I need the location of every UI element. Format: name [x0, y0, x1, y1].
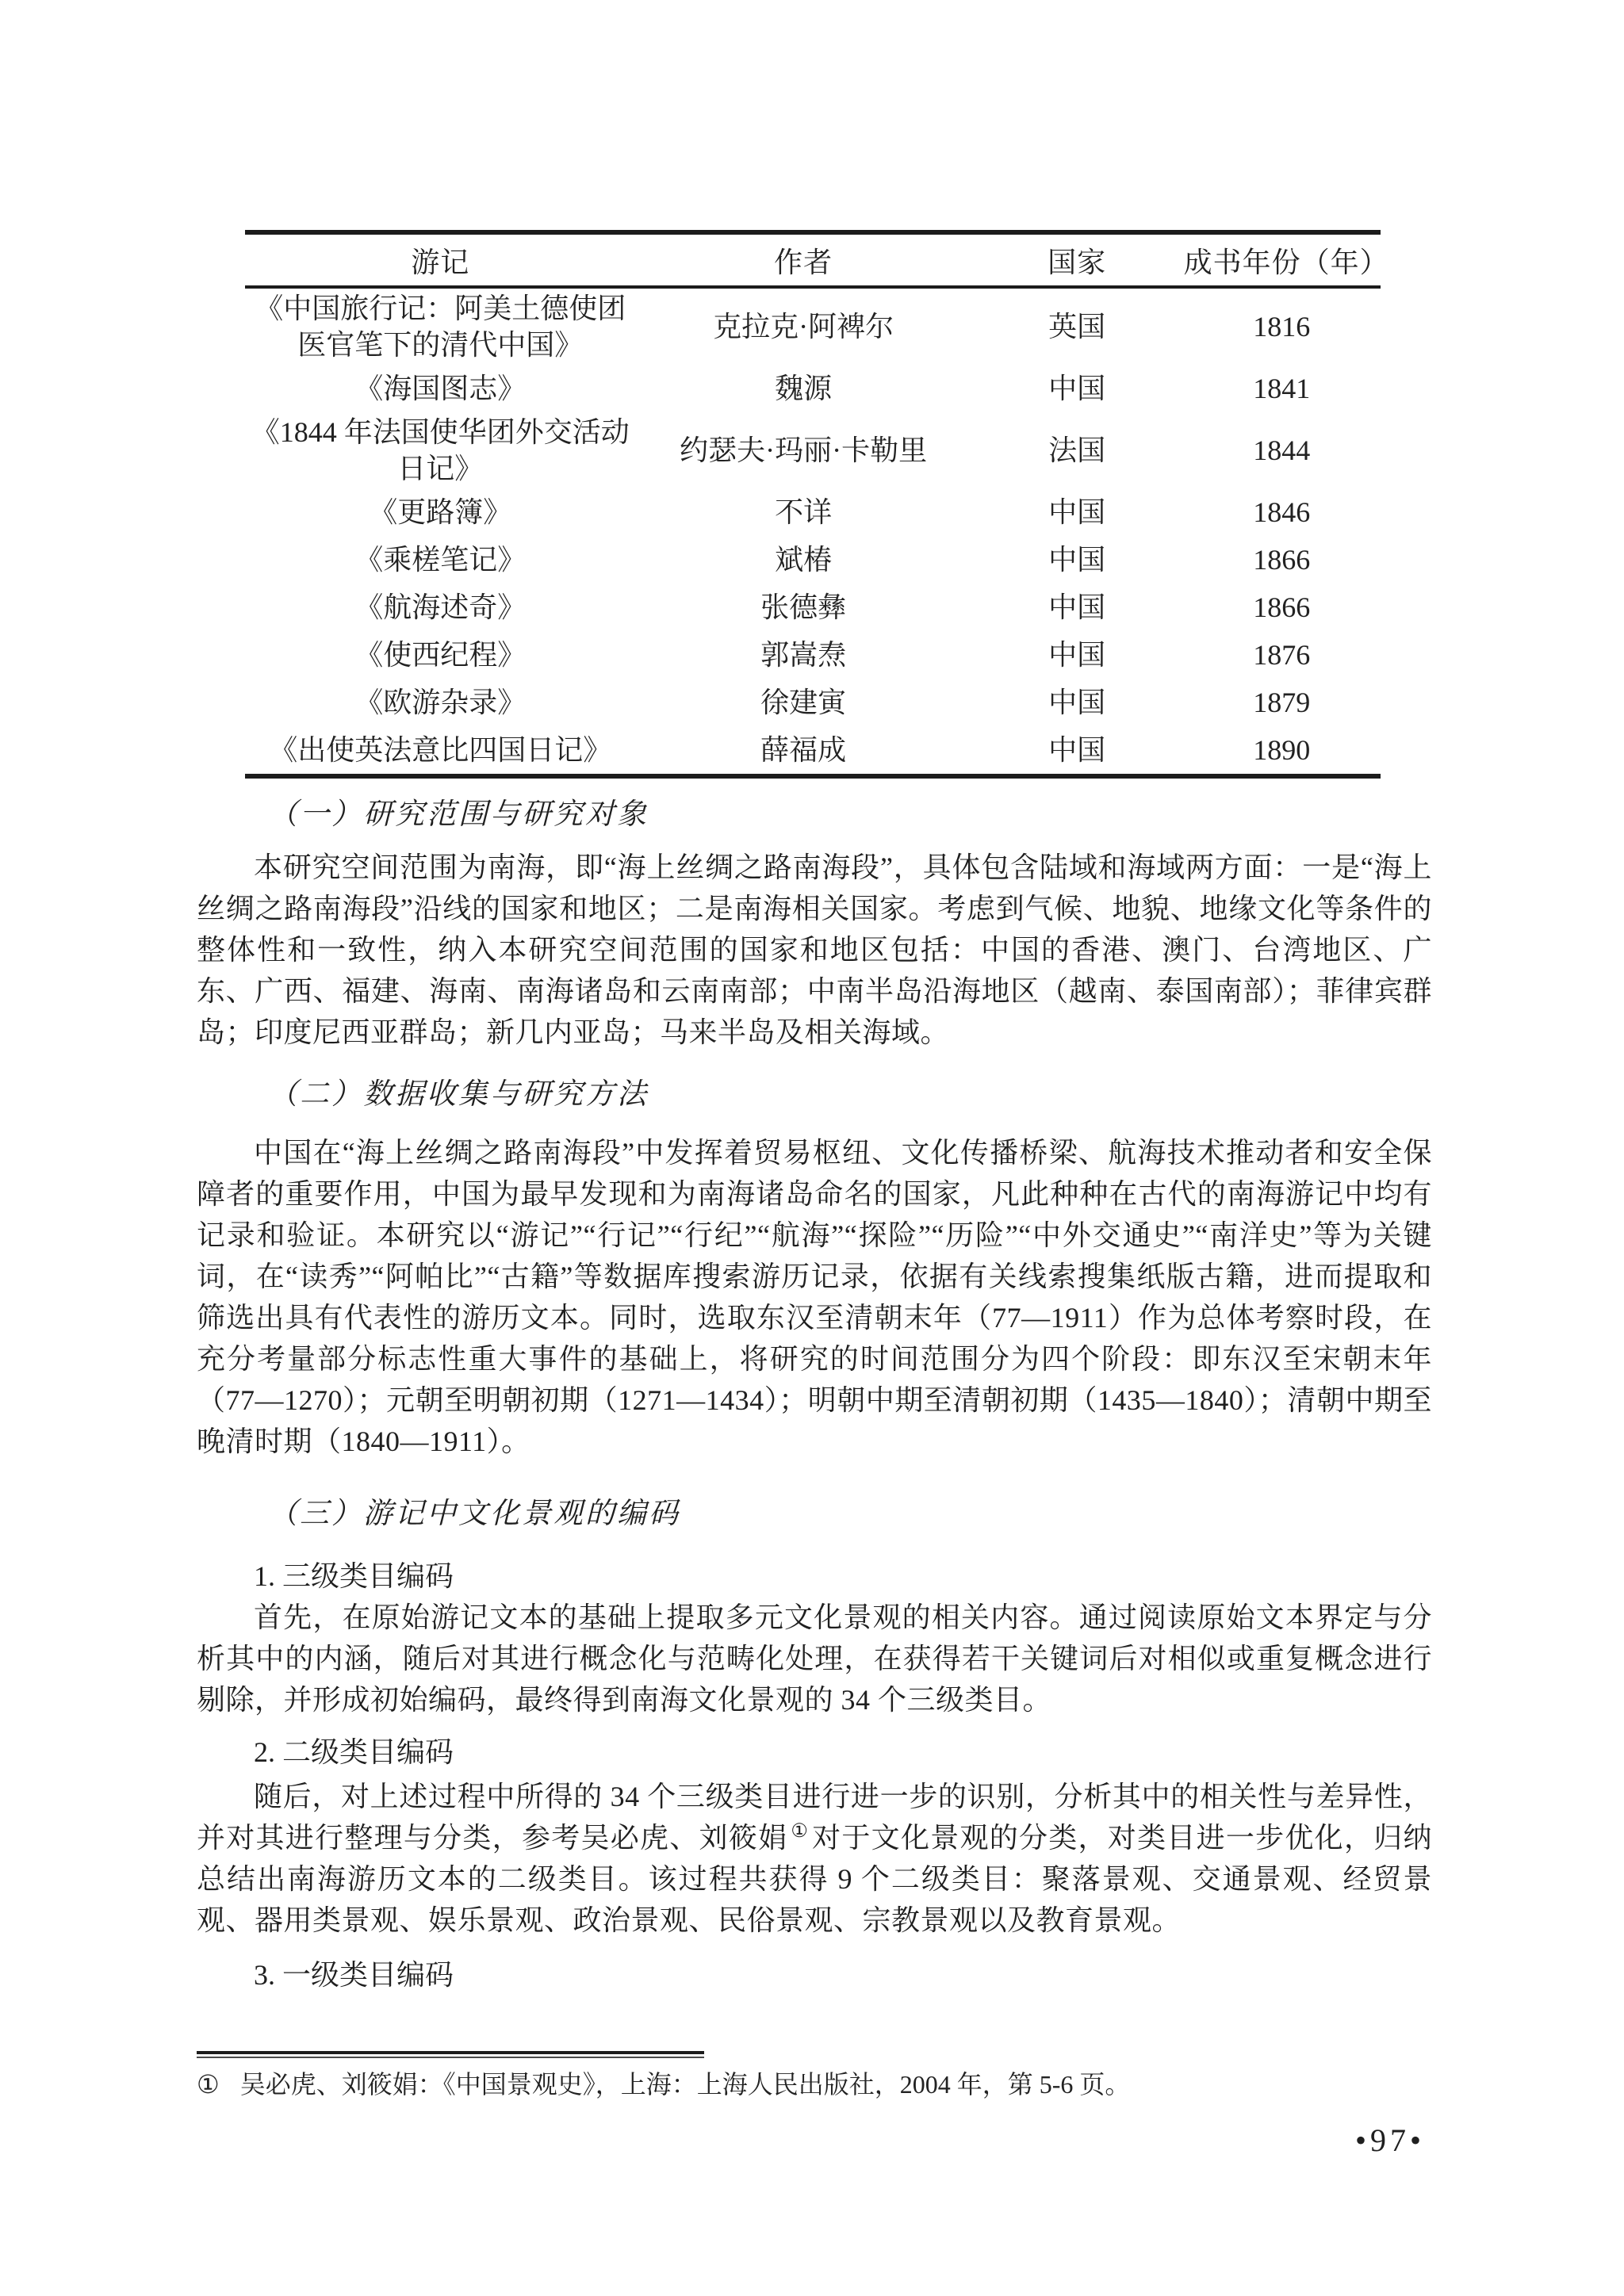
cell-title: 《欧游杂录》 [245, 679, 636, 726]
footnote-reference-mark: ① [787, 1821, 812, 1842]
cell-country: 中国 [971, 726, 1183, 776]
subsection-heading-secondary-coding: 2. 二级类目编码 [197, 1732, 1432, 1773]
cell-country: 中国 [971, 679, 1183, 726]
section-heading-landscape-coding: （三）游记中文化景观的编码 [197, 1494, 1432, 1535]
paragraph-tertiary-coding: 首先，在原始游记文本的基础上提取多元文化景观的相关内容。通过阅读原始文本界定与分… [197, 1597, 1432, 1720]
cell-author: 克拉克·阿裨尔 [636, 287, 971, 365]
table-row: 《乘槎笔记》 斌椿 中国 1866 [245, 536, 1381, 584]
column-header-travelogue: 游记 [245, 232, 636, 287]
cell-country: 中国 [971, 584, 1183, 631]
cell-author: 张德彝 [636, 584, 971, 631]
cell-author: 约瑟夫·玛丽·卡勒里 [636, 412, 971, 488]
cell-country: 中国 [971, 536, 1183, 584]
footnote-marker: ① [197, 2066, 220, 2103]
paragraph-data-collection: 中国在“海上丝绸之路南海段”中发挥着贸易枢纽、文化传播桥梁、航海技术推动者和安全… [197, 1132, 1432, 1462]
table-row: 《中国旅行记：阿美土德使团医官笔下的清代中国》 克拉克·阿裨尔 英国 1816 [245, 287, 1381, 365]
table-row: 《使西纪程》 郭嵩焘 中国 1876 [245, 631, 1381, 679]
cell-title: 《中国旅行记：阿美土德使团医官笔下的清代中国》 [245, 287, 636, 365]
table-row: 《出使英法意比四国日记》 薛福成 中国 1890 [245, 726, 1381, 776]
cell-country: 中国 [971, 631, 1183, 679]
cell-year: 1890 [1183, 726, 1381, 776]
section-heading-data-collection: （二）数据收集与研究方法 [197, 1074, 1432, 1115]
table-row: 《更路簿》 不详 中国 1846 [245, 488, 1381, 536]
cell-year: 1866 [1183, 536, 1381, 584]
subsection-heading-tertiary-coding: 1. 三级类目编码 [197, 1556, 1432, 1597]
footnote: ①吴必虎、刘筱娟：《中国景观史》，上海：上海人民出版社，2004 年，第 5-6… [197, 2066, 1432, 2103]
footnote-divider [197, 2051, 704, 2058]
travelogue-table: 游记 作者 国家 成书年份（年） 《中国旅行记：阿美土德使团医官笔下的清代中国》… [245, 230, 1381, 779]
cell-title: 《海国图志》 [245, 365, 636, 412]
document-page: 游记 作者 国家 成书年份（年） 《中国旅行记：阿美土德使团医官笔下的清代中国》… [0, 0, 1624, 2296]
table-row: 《海国图志》 魏源 中国 1841 [245, 365, 1381, 412]
cell-title: 《使西纪程》 [245, 631, 636, 679]
cell-title: 《出使英法意比四国日记》 [245, 726, 636, 776]
cell-year: 1841 [1183, 365, 1381, 412]
column-header-author: 作者 [636, 232, 971, 287]
cell-author: 薛福成 [636, 726, 971, 776]
section-heading-research-scope: （一）研究范围与研究对象 [197, 794, 1432, 836]
cell-year: 1876 [1183, 631, 1381, 679]
cell-title: 《1844 年法国使华团外交活动日记》 [245, 412, 636, 488]
column-header-year: 成书年份（年） [1183, 232, 1381, 287]
cell-title: 《航海述奇》 [245, 584, 636, 631]
cell-title: 《乘槎笔记》 [245, 536, 636, 584]
text-column: 游记 作者 国家 成书年份（年） 《中国旅行记：阿美土德使团医官笔下的清代中国》… [197, 0, 1432, 2103]
cell-author: 郭嵩焘 [636, 631, 971, 679]
subsection-heading-primary-coding: 3. 一级类目编码 [197, 1954, 1432, 1996]
cell-author: 魏源 [636, 365, 971, 412]
cell-country: 中国 [971, 365, 1183, 412]
cell-year: 1879 [1183, 679, 1381, 726]
cell-year: 1846 [1183, 488, 1381, 536]
cell-title: 《更路簿》 [245, 488, 636, 536]
cell-country: 中国 [971, 488, 1183, 536]
column-header-country: 国家 [971, 232, 1183, 287]
paragraph-secondary-coding: 随后，对上述过程中所得的 34 个三级类目进行进一步的识别，分析其中的相关性与差… [197, 1776, 1432, 1941]
table-header-row: 游记 作者 国家 成书年份（年） [245, 232, 1381, 287]
cell-year: 1816 [1183, 287, 1381, 365]
cell-year: 1844 [1183, 412, 1381, 488]
cell-country: 法国 [971, 412, 1183, 488]
table-row: 《航海述奇》 张德彝 中国 1866 [245, 584, 1381, 631]
cell-author: 徐建寅 [636, 679, 971, 726]
table-row: 《1844 年法国使华团外交活动日记》 约瑟夫·玛丽·卡勒里 法国 1844 [245, 412, 1381, 488]
cell-country: 英国 [971, 287, 1183, 365]
cell-author: 斌椿 [636, 536, 971, 584]
cell-author: 不详 [636, 488, 971, 536]
table-row: 《欧游杂录》 徐建寅 中国 1879 [245, 679, 1381, 726]
page-number: •97• [1355, 2122, 1425, 2159]
cell-year: 1866 [1183, 584, 1381, 631]
footnote-text: 吴必虎、刘筱娟：《中国景观史》，上海：上海人民出版社，2004 年，第 5-6 … [240, 2070, 1131, 2099]
paragraph-research-scope: 本研究空间范围为南海，即“海上丝绸之路南海段”，具体包含陆域和海域两方面：一是“… [197, 847, 1432, 1053]
